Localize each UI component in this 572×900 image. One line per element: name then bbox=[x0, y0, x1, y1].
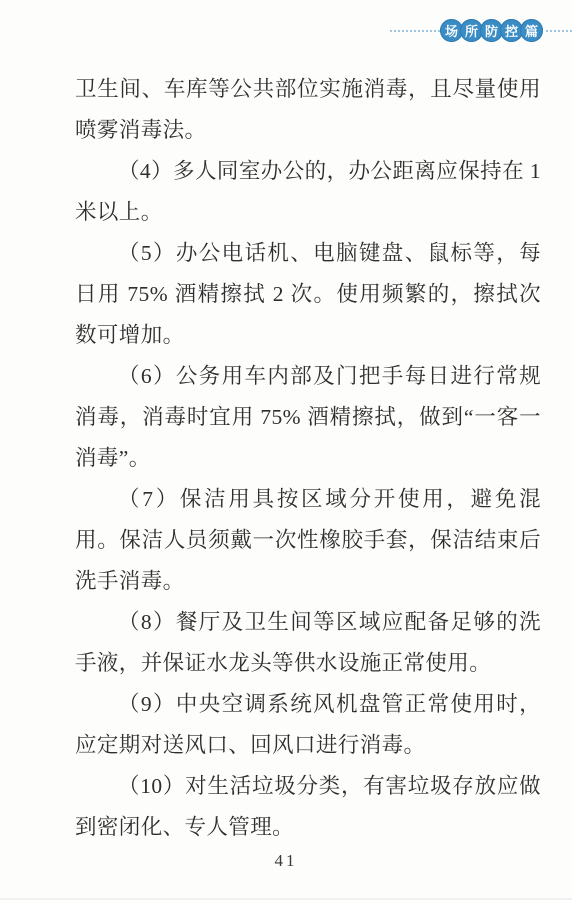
paragraph-item-8: （8）餐厅及卫生间等区域应配备足够的洗手液，并保证水龙头等供水设施正常使用。 bbox=[75, 602, 541, 684]
page-number: 41 bbox=[275, 851, 298, 870]
paragraph-item-9: （9）中央空调系统风机盘管正常使用时，应定期对送风口、回风口进行消毒。 bbox=[75, 684, 541, 766]
chapter-badge-char: 篇 bbox=[520, 19, 543, 42]
book-page: 场 所 防 控 篇 卫生间、车库等公共部位实施消毒，且尽量使用喷雾消毒法。 （4… bbox=[0, 0, 572, 900]
paragraph-item-4: （4）多人同室办公的，办公距离应保持在 1 米以上。 bbox=[75, 151, 541, 233]
paragraph-item-7: （7）保洁用具按区域分开使用，避免混用。保洁人员须戴一次性橡胶手套，保洁结束后洗… bbox=[75, 479, 541, 602]
dotted-line-left bbox=[390, 30, 440, 32]
page-body: 卫生间、车库等公共部位实施消毒，且尽量使用喷雾消毒法。 （4）多人同室办公的，办… bbox=[75, 69, 541, 848]
paragraph-continuation: 卫生间、车库等公共部位实施消毒，且尽量使用喷雾消毒法。 bbox=[75, 69, 541, 151]
paragraph-item-6: （6）公务用车内部及门把手每日进行常规消毒，消毒时宜用 75% 酒精擦拭，做到“… bbox=[75, 356, 541, 479]
page-footer: 41 bbox=[0, 851, 572, 871]
dotted-line-right bbox=[546, 30, 572, 32]
chapter-header: 场 所 防 控 篇 bbox=[390, 19, 572, 42]
paragraph-item-5: （5）办公电话机、电脑键盘、鼠标等，每日用 75% 酒精擦拭 2 次。使用频繁的… bbox=[75, 233, 541, 356]
paragraph-item-10: （10）对生活垃圾分类，有害垃圾存放应做到密闭化、专人管理。 bbox=[75, 766, 541, 848]
